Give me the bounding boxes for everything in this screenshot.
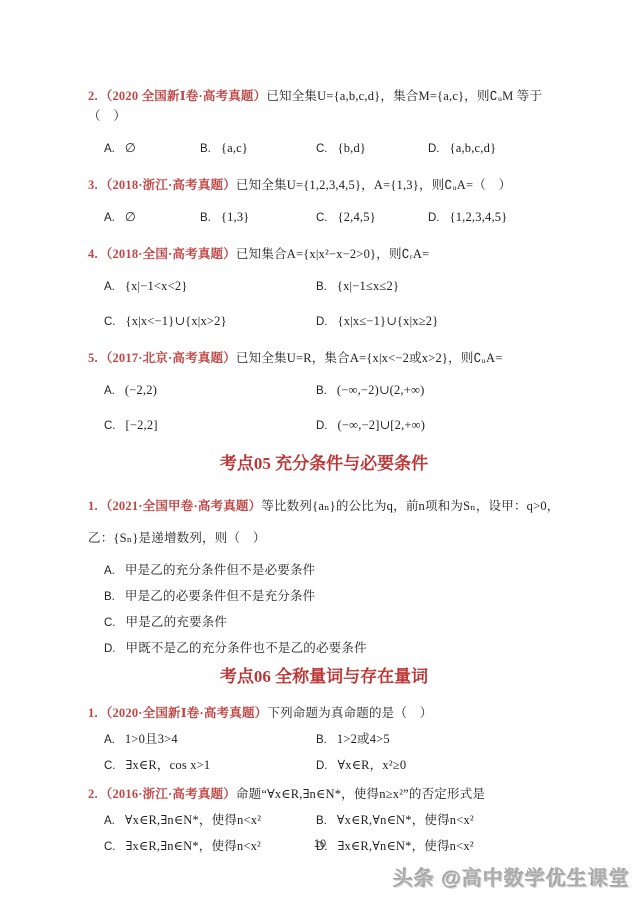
question-citation: （2020 全国新Ⅰ卷·高考真题） <box>100 89 267 103</box>
option-value: {b,d} <box>338 138 367 158</box>
question-5: 5.（2017·北京·高考真题）已知全集U=R，集合A={x|x<−2或x>2}… <box>88 348 560 436</box>
option-label: D. <box>316 756 328 776</box>
option-label: B. <box>316 730 327 750</box>
page-number: 10 <box>0 838 640 850</box>
question-stem: 1.（2021·全国甲卷·高考真题）等比数列{aₙ}的公比为q，前n项和为Sₙ，… <box>88 490 560 554</box>
question-citation: （2018·浙江·高考真题） <box>100 178 236 192</box>
option-c: C.∃x∈R，cos x>1 <box>104 755 316 776</box>
option-value: 甲是乙的必要条件但不是充分条件 <box>125 586 316 606</box>
question-number: 4. <box>88 247 98 261</box>
document-content: 2.（2020 全国新Ⅰ卷·高考真题）已知全集U={a,b,c,d}，集合M={… <box>0 0 640 857</box>
option-c: C.{2,4,5} <box>316 207 428 228</box>
option-label: D. <box>316 416 328 436</box>
option-value: ∀x∈R,∀n∈N*，使得n<x² <box>337 810 474 830</box>
option-d: D.{x|x≤−1}∪{x|x≥2} <box>316 311 560 332</box>
option-label: C. <box>104 312 116 332</box>
option-value: 甲是乙的充要条件 <box>126 612 228 632</box>
option-label: A. <box>104 277 115 297</box>
option-value: {1,2,3,4,5} <box>450 207 508 227</box>
question-citation: （2018·全国·高考真题） <box>100 247 236 261</box>
option-b: B.(−∞,−2)∪(2,+∞) <box>316 380 560 401</box>
option-label: D. <box>428 208 440 228</box>
question-stem: 5.（2017·北京·高考真题）已知全集U=R，集合A={x|x<−2或x>2}… <box>88 348 560 368</box>
option-value: {x|x<−1}∪{x|x>2} <box>126 311 227 331</box>
question-citation: （2021·全国甲卷·高考真题） <box>100 499 262 513</box>
option-c: C.{x|x<−1}∪{x|x>2} <box>104 311 316 332</box>
option-d: D.∀x∈R，x²≥0 <box>316 755 560 776</box>
option-label: B. <box>316 811 327 831</box>
option-a: A.(−2,2) <box>104 380 316 401</box>
option-label: B. <box>316 277 327 297</box>
option-c: C.{b,d} <box>316 138 428 159</box>
option-value: [−2,2] <box>126 415 158 435</box>
option-value: 1>0且3>4 <box>125 729 178 749</box>
option-value: ∀x∈R，x²≥0 <box>338 755 407 775</box>
section-heading-06: 考点06 全称量词与存在量词 <box>88 665 560 689</box>
option-a: A.1>0且3>4 <box>104 729 316 750</box>
option-label: C. <box>316 139 328 159</box>
option-b: B.甲是乙的必要条件但不是充分条件 <box>104 586 560 607</box>
question-stem: 2.（2016·浙江·高考真题）命题“∀x∈R,∃n∈N*，使得n≥x²”的否定… <box>88 784 560 804</box>
question-number: 1. <box>88 499 98 513</box>
option-value: (−∞,−2)∪(2,+∞) <box>337 380 425 400</box>
option-label: D. <box>104 639 116 659</box>
option-b: B.{x|−1≤x≤2} <box>316 276 560 297</box>
option-label: B. <box>104 587 115 607</box>
question-number: 2. <box>88 89 98 103</box>
option-value: {x|−1≤x≤2} <box>337 276 399 296</box>
question-citation: （2020·全国新Ⅰ卷·高考真题） <box>100 706 268 720</box>
option-label: B. <box>200 208 211 228</box>
section06-question-1: 1.（2020·全国新Ⅰ卷·高考真题）下列命题为真命题的是（ ） A.1>0且3… <box>88 703 560 776</box>
question-text: 已知全集U={1,2,3,4,5}，A={1,3}，则∁ᵤA=（ ） <box>236 178 511 192</box>
option-d: D.{1,2,3,4,5} <box>428 207 560 228</box>
question-text: 下列命题为真命题的是（ ） <box>267 706 432 720</box>
section-heading-05: 考点05 充分条件与必要条件 <box>88 452 560 476</box>
question-text: 已知集合A={x|x²−x−2>0}，则∁ᵣA= <box>236 247 429 261</box>
option-value: {x|x≤−1}∪{x|x≥2} <box>338 311 439 331</box>
question-3: 3.（2018·浙江·高考真题）已知全集U={1,2,3,4,5}，A={1,3… <box>88 175 560 228</box>
option-b: B.{a,c} <box>200 138 316 159</box>
question-stem: 4.（2018·全国·高考真题）已知集合A={x|x²−x−2>0}，则∁ᵣA= <box>88 244 560 264</box>
options-row: A.∅ B.{a,c} C.{b,d} D.{a,b,c,d} <box>88 138 560 159</box>
option-c: C.甲是乙的充要条件 <box>104 612 560 633</box>
option-label: C. <box>104 416 116 436</box>
option-label: B. <box>200 139 211 159</box>
option-d: D.{a,b,c,d} <box>428 138 560 159</box>
section05-question-1: 1.（2021·全国甲卷·高考真题）等比数列{aₙ}的公比为q，前n项和为Sₙ，… <box>88 490 560 659</box>
option-label: A. <box>104 381 115 401</box>
option-label: A. <box>104 561 115 581</box>
option-a: A.∀x∈R,∃n∈N*，使得n<x² <box>104 810 316 831</box>
option-label: D. <box>316 312 328 332</box>
option-d: D.(−∞,−2]∪[2,+∞) <box>316 415 560 436</box>
option-label: B. <box>316 381 327 401</box>
option-label: A. <box>104 811 115 831</box>
option-a: A.甲是乙的充分条件但不是必要条件 <box>104 560 560 581</box>
option-label: A. <box>104 139 115 159</box>
option-value: {x|−1<x<2} <box>125 276 188 296</box>
option-value: (−∞,−2]∪[2,+∞) <box>338 415 426 435</box>
option-value: {a,b,c,d} <box>450 138 497 158</box>
option-d: D.甲既不是乙的充分条件也不是乙的必要条件 <box>104 638 560 659</box>
question-number: 5. <box>88 351 98 365</box>
question-citation: （2016·浙江·高考真题） <box>100 787 236 801</box>
question-2: 2.（2020 全国新Ⅰ卷·高考真题）已知全集U={a,b,c,d}，集合M={… <box>88 86 560 159</box>
question-stem: 2.（2020 全国新Ⅰ卷·高考真题）已知全集U={a,b,c,d}，集合M={… <box>88 86 560 126</box>
question-number: 1. <box>88 706 98 720</box>
option-value: 1>2或4>5 <box>337 729 390 749</box>
option-value: ∅ <box>125 138 136 158</box>
option-value: ∃x∈R，cos x>1 <box>126 755 211 775</box>
options-row: A.∅ B.{1,3} C.{2,4,5} D.{1,2,3,4,5} <box>88 207 560 228</box>
option-b: B.{1,3} <box>200 207 316 228</box>
option-value: 甲既不是乙的充分条件也不是乙的必要条件 <box>126 638 367 658</box>
option-b: B.1>2或4>5 <box>316 729 560 750</box>
option-value: 甲是乙的充分条件但不是必要条件 <box>125 560 316 580</box>
option-a: A.∅ <box>104 138 200 159</box>
option-value: {1,3} <box>221 207 250 227</box>
question-4: 4.（2018·全国·高考真题）已知集合A={x|x²−x−2>0}，则∁ᵣA=… <box>88 244 560 332</box>
option-label: A. <box>104 208 115 228</box>
option-value: ∀x∈R,∃n∈N*，使得n<x² <box>125 810 261 830</box>
option-label: D. <box>428 139 440 159</box>
options-grid: A.(−2,2) B.(−∞,−2)∪(2,+∞) C.[−2,2] D.(−∞… <box>88 380 560 436</box>
option-value: {a,c} <box>221 138 248 158</box>
question-number: 2. <box>88 787 98 801</box>
question-text: 已知全集U=R，集合A={x|x<−2或x>2}，则∁ᵤA= <box>236 351 503 365</box>
option-value: ∅ <box>125 207 136 227</box>
question-text: 命题“∀x∈R,∃n∈N*，使得n≥x²”的否定形式是 <box>236 787 485 801</box>
option-a: A.{x|−1<x<2} <box>104 276 316 297</box>
watermark: 头条 @高中数学优生课堂 <box>393 862 630 891</box>
option-label: C. <box>104 756 116 776</box>
option-label: A. <box>104 730 115 750</box>
option-c: C.[−2,2] <box>104 415 316 436</box>
options-grid: A.1>0且3>4 B.1>2或4>5 C.∃x∈R，cos x>1 D.∀x∈… <box>88 729 560 776</box>
question-citation: （2017·北京·高考真题） <box>100 351 236 365</box>
option-a: A.∅ <box>104 207 200 228</box>
option-value: {2,4,5} <box>338 207 376 227</box>
question-stem: 3.（2018·浙江·高考真题）已知全集U={1,2,3,4,5}，A={1,3… <box>88 175 560 195</box>
option-label: C. <box>316 208 328 228</box>
question-stem: 1.（2020·全国新Ⅰ卷·高考真题）下列命题为真命题的是（ ） <box>88 703 560 723</box>
option-label: C. <box>104 613 116 633</box>
options-list: A.甲是乙的充分条件但不是必要条件 B.甲是乙的必要条件但不是充分条件 C.甲是… <box>88 560 560 659</box>
question-number: 3. <box>88 178 98 192</box>
options-grid: A.{x|−1<x<2} B.{x|−1≤x≤2} C.{x|x<−1}∪{x|… <box>88 276 560 332</box>
option-b: B.∀x∈R,∀n∈N*，使得n<x² <box>316 810 560 831</box>
option-value: (−2,2) <box>125 380 157 400</box>
